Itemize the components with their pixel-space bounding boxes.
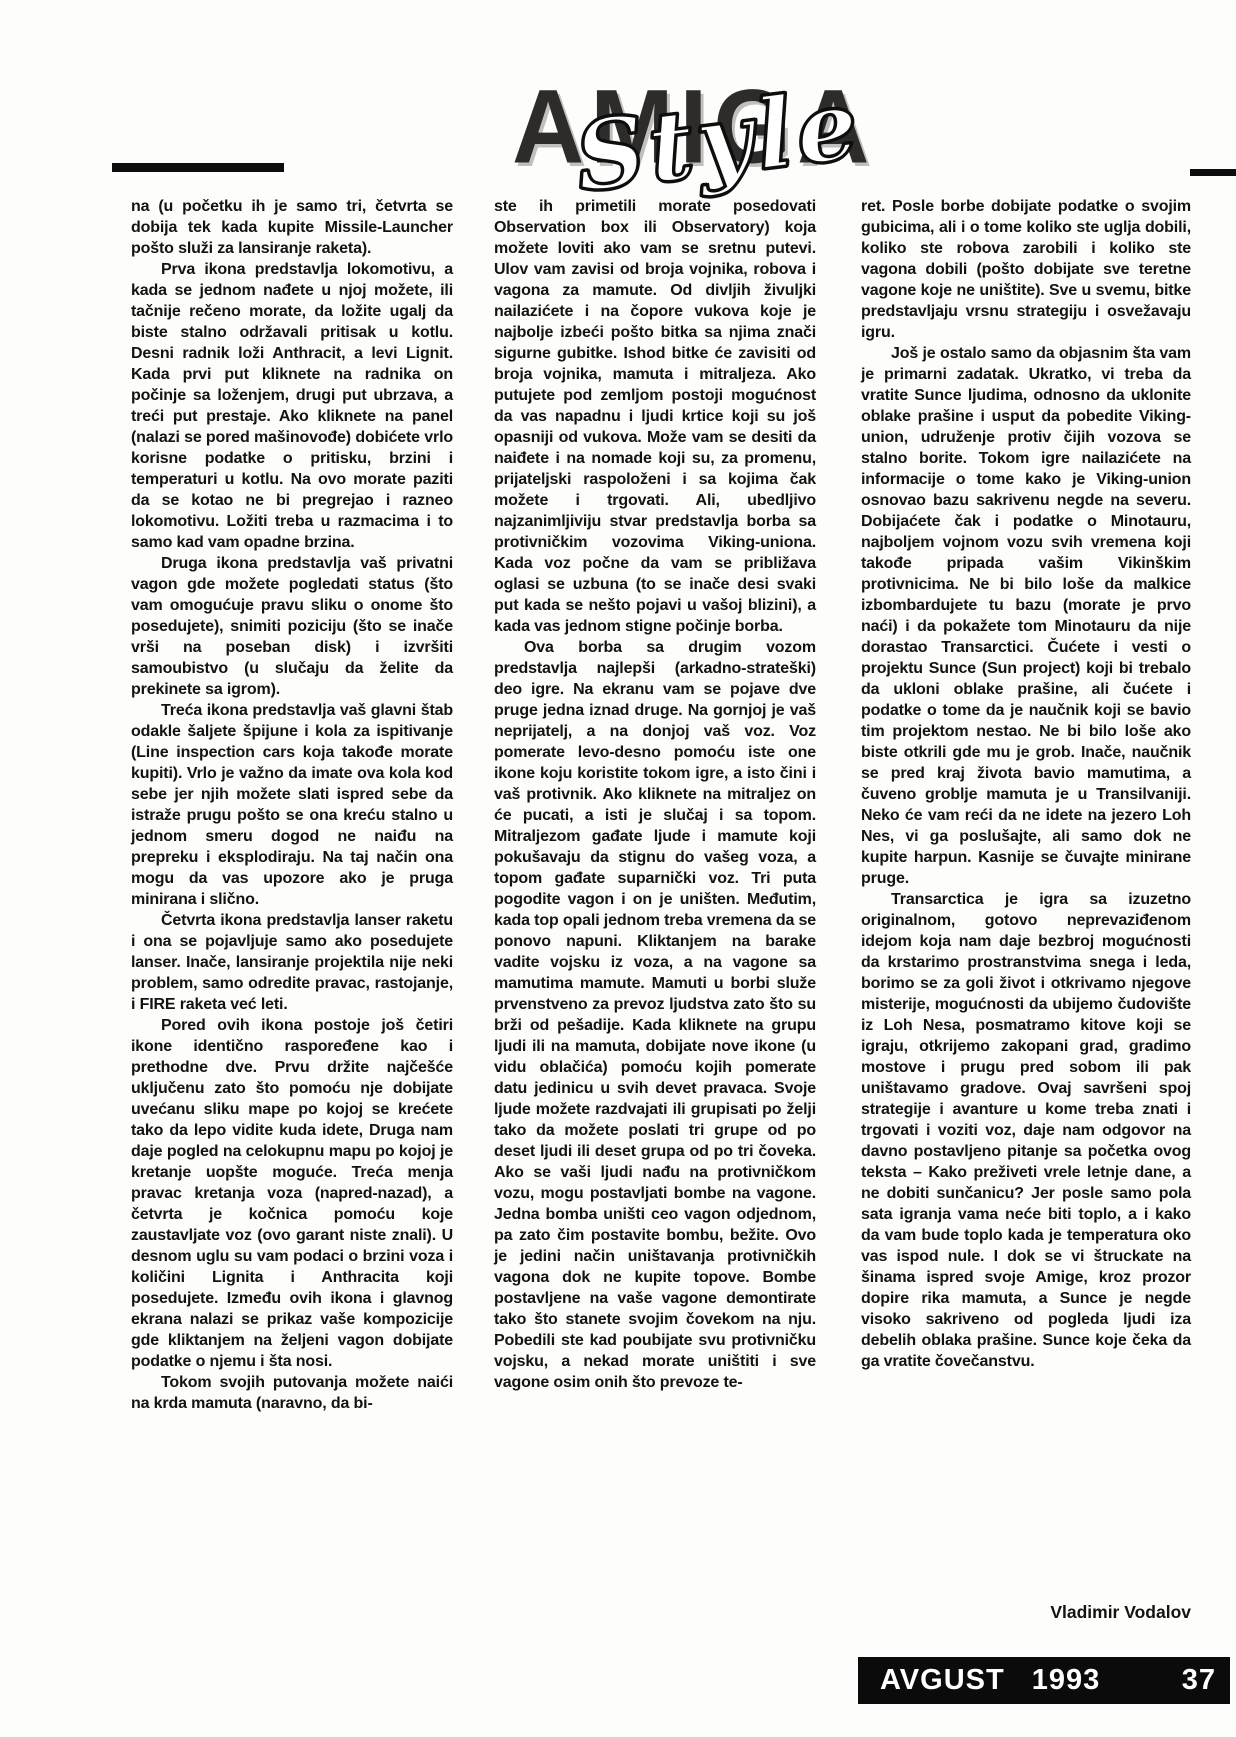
paragraph: na (u početku ih je samo tri, četvrta se…	[131, 196, 453, 259]
paragraph: Druga ikona predstavlja vaš privatni vag…	[131, 553, 453, 700]
page-number: 37	[1182, 1664, 1216, 1697]
paragraph: Tokom svojih putovanja možete naići na k…	[131, 1372, 453, 1414]
paragraph: Pored ovih ikona postoje još četiri ikon…	[131, 1015, 453, 1372]
paragraph: Četvrta ikona predstavlja lanser raketu …	[131, 910, 453, 1015]
header-rule-left	[112, 163, 284, 172]
paragraph: ste ih primetili morate posedovati Obser…	[494, 196, 816, 637]
header-rule-right	[1190, 169, 1236, 176]
paragraph: ret. Posle borbe dobijate podatke o svoj…	[861, 196, 1191, 343]
paragraph: Još je ostalo samo da objasnim šta vam j…	[861, 343, 1191, 889]
paragraph: Transarctica je igra sa izuzetno origina…	[861, 889, 1191, 1372]
byline: Vladimir Vodalov	[861, 1602, 1191, 1623]
article-column-3: ret. Posle borbe dobijate podatke o svoj…	[861, 196, 1191, 1372]
article-column-1: na (u početku ih je samo tri, četvrta se…	[131, 196, 453, 1414]
paragraph: Ova borba sa drugim vozom predstavlja na…	[494, 637, 816, 1393]
magazine-page: AMIGA Style na (u početku ih je samo tri…	[0, 0, 1236, 1737]
issue-date: AVGUST 1993	[880, 1664, 1100, 1697]
article-column-2: ste ih primetili morate posedovati Obser…	[494, 196, 816, 1393]
footer-bar: AVGUST 1993 37	[858, 1657, 1230, 1704]
paragraph: Prva ikona predstavlja lokomotivu, a kad…	[131, 259, 453, 553]
paragraph: Treća ikona predstavlja vaš glavni štab …	[131, 700, 453, 910]
